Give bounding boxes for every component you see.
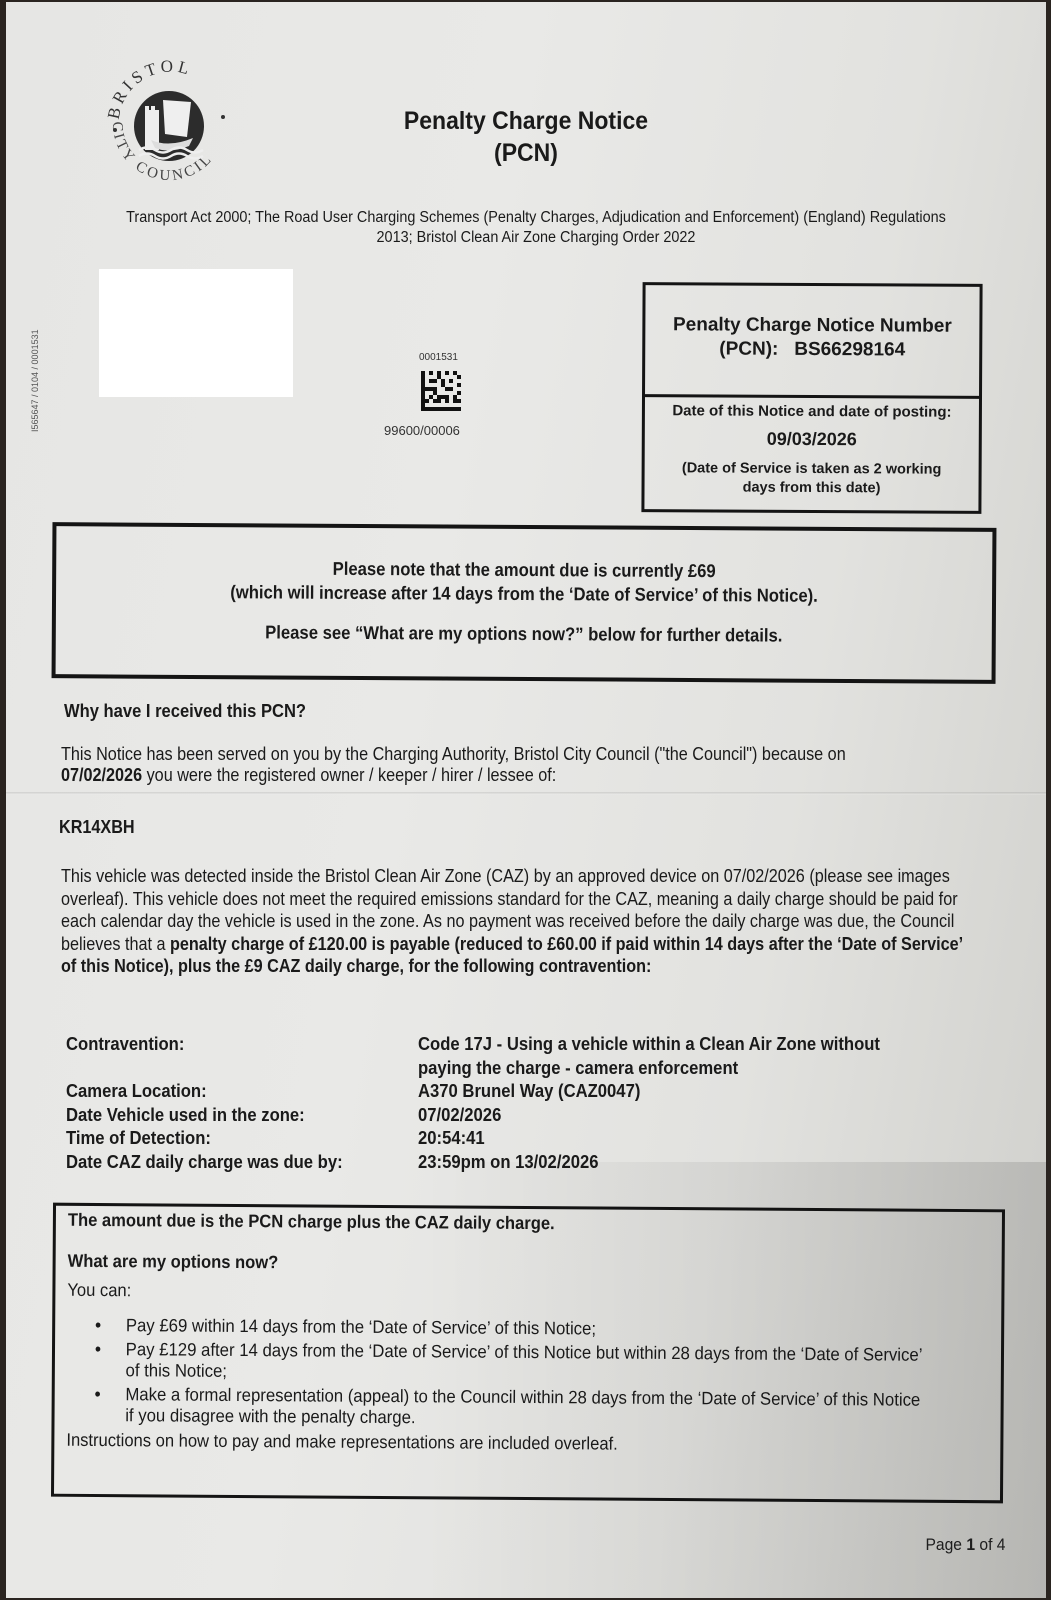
- detail-label: Time of Detection:: [66, 1126, 383, 1150]
- legislation-line-2: 2013; Bristol Clean Air Zone Charging Or…: [108, 228, 964, 248]
- bullet-icon: •: [95, 1384, 101, 1405]
- amount-composition-note: The amount due is the PCN charge plus th…: [68, 1210, 927, 1237]
- detection-explanation: This vehicle was detected inside the Bri…: [61, 865, 970, 978]
- option-text: Pay £69 within 14 days from the ‘Date of…: [126, 1315, 596, 1338]
- service-note-line-2: days from this date): [644, 478, 978, 499]
- posting-date-label: Date of this Notice and date of posting:: [645, 402, 979, 421]
- detail-value: 20:54:41: [418, 1126, 886, 1150]
- detail-label: Date Vehicle used in the zone:: [66, 1103, 383, 1127]
- service-note-line-1: (Date of Service is taken as 2 working: [645, 459, 979, 480]
- option-item: •Pay £69 within 14 days from the ‘Date o…: [95, 1315, 923, 1342]
- bristol-city-council-logo: BRISTOL CITY COUNCIL: [101, 42, 236, 192]
- service-date-note: (Date of Service is taken as 2 working d…: [644, 459, 978, 499]
- instructions-note: Instructions on how to pay and make repr…: [66, 1430, 925, 1457]
- pcn-number-label: Penalty Charge Notice Number: [673, 313, 952, 338]
- barcode-number: 0001531: [419, 352, 458, 363]
- option-text: Pay £129 after 14 days from the ‘Date of…: [125, 1339, 921, 1381]
- notice-title: Penalty Charge Notice (PCN): [351, 105, 701, 169]
- page-current: 1: [966, 1535, 975, 1554]
- amount-increase-line: (which will increase after 14 days from …: [103, 580, 946, 607]
- page-number: Page 1 of 4: [925, 1535, 1005, 1555]
- detail-row-time-detection: Time of Detection: 20:54:41: [66, 1126, 966, 1150]
- option-item: •Pay £129 after 14 days from the ‘Date o…: [95, 1339, 923, 1387]
- bullet-icon: •: [95, 1315, 101, 1336]
- options-intro: You can:: [67, 1280, 926, 1307]
- posting-date-value: 09/03/2026: [645, 428, 979, 451]
- page-total: 4: [997, 1535, 1006, 1554]
- detail-row-contravention: Contravention: Code 17J - Using a vehicl…: [66, 1032, 966, 1079]
- detail-value: 23:59pm on 13/02/2026: [418, 1150, 886, 1174]
- options-heading: What are my options now?: [68, 1251, 927, 1278]
- amount-due-line: Please note that the amount due is curre…: [103, 556, 946, 583]
- penalty-charge-statement: penalty charge of £120.00 is payable (re…: [61, 934, 962, 977]
- pcn-letter-page: BRISTOL CITY COUNCIL Penalty Charge Noti…: [6, 2, 1046, 1598]
- option-text: Make a formal representation (appeal) to…: [125, 1384, 920, 1427]
- amount-due-notice: Please note that the amount due is curre…: [52, 522, 997, 684]
- redacted-address-block: [99, 269, 293, 397]
- pcn-number-label-2: (PCN):: [719, 338, 778, 359]
- detail-row-date-used: Date Vehicle used in the zone: 07/02/202…: [66, 1103, 966, 1127]
- side-reference: I565647 / 0104 / 0001531: [30, 329, 40, 432]
- detail-label: Contravention:: [66, 1032, 383, 1056]
- see-options-line: Please see “What are my options now?” be…: [103, 620, 946, 647]
- options-list: •Pay £69 within 14 days from the ‘Date o…: [94, 1315, 1001, 1432]
- pcn-number-value: BS66298164: [794, 338, 905, 360]
- pcn-number-section: Penalty Charge Notice Number (PCN): BS66…: [645, 285, 980, 399]
- pcn-number-box: Penalty Charge Notice Number (PCN): BS66…: [641, 282, 982, 514]
- why-received-heading: Why have I received this PCN?: [64, 701, 306, 722]
- detail-row-charge-due: Date CAZ daily charge was due by: 23:59p…: [66, 1150, 966, 1174]
- title-line-1: Penalty Charge Notice: [351, 105, 701, 137]
- served-text-part-2: you were the registered owner / keeper /…: [142, 765, 556, 785]
- legislation-reference: Transport Act 2000; The Road User Chargi…: [108, 208, 964, 248]
- detail-value: A370 Brunel Way (CAZ0047): [418, 1079, 886, 1103]
- bullet-icon: •: [95, 1339, 101, 1360]
- vehicle-registration: KR14XBH: [59, 817, 135, 838]
- detail-label: Date CAZ daily charge was due by:: [66, 1150, 383, 1174]
- served-text-part-1: This Notice has been served on you by th…: [61, 744, 846, 764]
- options-box: The amount due is the PCN charge plus th…: [51, 1203, 1005, 1504]
- detail-value: Code 17J - Using a vehicle within a Clea…: [418, 1032, 886, 1079]
- page-middle: of: [975, 1535, 997, 1554]
- option-item: •Make a formal representation (appeal) t…: [94, 1384, 922, 1432]
- legislation-line-1: Transport Act 2000; The Road User Chargi…: [108, 208, 964, 228]
- postal-reference: 99600/00006: [384, 423, 460, 438]
- contravention-details: Contravention: Code 17J - Using a vehicl…: [66, 1032, 966, 1173]
- datamatrix-barcode-icon: [421, 371, 461, 411]
- served-date: 07/02/2026: [61, 765, 142, 785]
- detail-row-camera-location: Camera Location: A370 Brunel Way (CAZ004…: [66, 1079, 966, 1103]
- detail-label: Camera Location:: [66, 1079, 383, 1103]
- page-prefix: Page: [925, 1535, 966, 1554]
- title-line-2: (PCN): [351, 137, 701, 169]
- detail-value: 07/02/2026: [418, 1103, 886, 1127]
- posting-date-section: Date of this Notice and date of posting:…: [644, 397, 979, 499]
- served-explanation: This Notice has been served on you by th…: [61, 744, 925, 786]
